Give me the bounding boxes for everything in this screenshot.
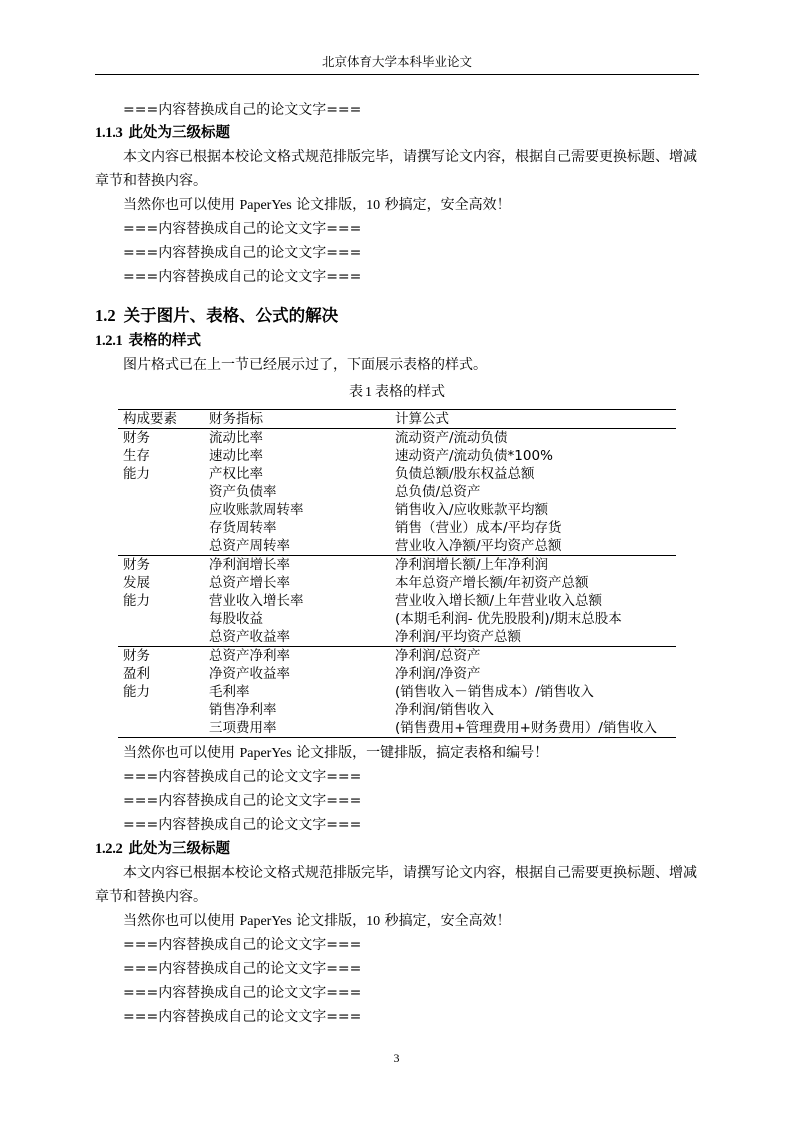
cell-indicator: 应收账款周转率 xyxy=(204,501,390,519)
placeholder-line: ===内容替换成自己的论文文字=== xyxy=(95,244,733,262)
promo-suffix: 论文排版， xyxy=(296,197,366,213)
cell-element xyxy=(118,719,204,738)
cell-element xyxy=(118,701,204,719)
cell-indicator: 净资产收益率 xyxy=(204,665,390,683)
cell-formula: 总负债/总资产 xyxy=(390,483,676,501)
cell-element: 发展 xyxy=(118,574,204,592)
cell-formula: (销售收入－销售成本）/销售收入 xyxy=(390,683,676,701)
promo-suffix: 秒搞定，安全高效！ xyxy=(385,197,511,213)
cell-element: 财务 xyxy=(118,429,204,448)
table-row: 能力产权比率负债总额/股东权益总额 xyxy=(118,465,676,483)
table-caption: 表1表格的样式 xyxy=(95,383,699,402)
cell-indicator: 总资产收益率 xyxy=(204,628,390,647)
table-row: 每股收益(本期毛利润- 优先股股利)/期末总股本 xyxy=(118,610,676,628)
cell-formula: (本期毛利润- 优先股股利)/期末总股本 xyxy=(390,610,676,628)
cell-formula: 营业收入净额/平均资产总额 xyxy=(390,537,676,556)
promo-prefix: 当然你也可以使用 xyxy=(123,745,235,761)
cell-element xyxy=(118,537,204,556)
table-row: 三项费用率(销售费用+管理费用+财务费用）/销售收入 xyxy=(118,719,676,738)
body-paragraph-line: 章节和替换内容。 xyxy=(95,888,705,906)
placeholder-line: ===内容替换成自己的论文文字=== xyxy=(95,984,733,1002)
placeholder-line: ===内容替换成自己的论文文字=== xyxy=(95,268,733,286)
table-row: 盈利净资产收益率净利润/净资产 xyxy=(118,665,676,683)
heading-1-2-2: 1.2.2此处为三级标题 xyxy=(95,840,705,858)
cell-formula: 净利润/净资产 xyxy=(390,665,676,683)
cell-indicator: 净利润增长率 xyxy=(204,556,390,575)
table-row: 能力营业收入增长率营业收入增长额/上年营业收入总额 xyxy=(118,592,676,610)
table-row: 发展总资产增长率本年总资产增长额/年初资产总额 xyxy=(118,574,676,592)
promo-line: 当然你也可以使用 PaperYes 论文排版，10 秒搞定，安全高效！ xyxy=(95,912,733,931)
promo-brand: PaperYes xyxy=(239,198,291,213)
cell-element: 能力 xyxy=(118,683,204,701)
cell-formula: 销售（营业）成本/平均存货 xyxy=(390,519,676,537)
running-header-title: 北京体育大学本科毕业论文 xyxy=(322,54,472,69)
cell-indicator: 总资产周转率 xyxy=(204,537,390,556)
table-row: 能力毛利率(销售收入－销售成本）/销售收入 xyxy=(118,683,676,701)
promo-suffix: 秒搞定，安全高效！ xyxy=(385,913,511,929)
promo-number: 10 xyxy=(366,914,380,929)
cell-element: 财务 xyxy=(118,647,204,666)
page-number: 3 xyxy=(0,1050,793,1066)
cell-element xyxy=(118,483,204,501)
heading-number: 1.2 xyxy=(95,306,116,325)
cell-element xyxy=(118,501,204,519)
cell-indicator: 存货周转率 xyxy=(204,519,390,537)
body-paragraph-line: 本文内容已根据本校论文格式规范排版完毕，请撰写论文内容，根据自己需要更换标题、增… xyxy=(95,148,733,166)
cell-element xyxy=(118,519,204,537)
heading-number: 1.2.2 xyxy=(95,841,123,857)
body-paragraph-line: 图片格式已在上一节已经展示过了，下面展示表格的样式。 xyxy=(95,356,733,374)
placeholder-line: ===内容替换成自己的论文文字=== xyxy=(95,1008,733,1026)
heading-text: 此处为三级标题 xyxy=(129,841,231,857)
placeholder-line: ===内容替换成自己的论文文字=== xyxy=(95,768,733,786)
cell-formula: (销售费用+管理费用+财务费用）/销售收入 xyxy=(390,719,676,738)
placeholder-line: ===内容替换成自己的论文文字=== xyxy=(95,816,733,834)
promo-suffix: 论文排版， xyxy=(296,913,366,929)
placeholder-line: ===内容替换成自己的论文文字=== xyxy=(95,936,733,954)
table-row: 应收账款周转率销售收入/应收账款平均额 xyxy=(118,501,676,519)
cell-formula: 流动资产/流动负债 xyxy=(390,429,676,448)
heading-1-2-1: 1.2.1表格的样式 xyxy=(95,332,705,350)
placeholder-line: ===内容替换成自己的论文文字=== xyxy=(95,960,733,978)
cell-formula: 负债总额/股东权益总额 xyxy=(390,465,676,483)
table-row: 总资产周转率营业收入净额/平均资产总额 xyxy=(118,537,676,556)
cell-formula: 营业收入增长额/上年营业收入总额 xyxy=(390,592,676,610)
cell-indicator: 每股收益 xyxy=(204,610,390,628)
cell-indicator: 产权比率 xyxy=(204,465,390,483)
promo-brand: PaperYes xyxy=(239,746,291,761)
heading-1-2: 1.2关于图片、表格、公式的解决 xyxy=(95,306,705,326)
promo-line: 当然你也可以使用 PaperYes 论文排版，一键排版，搞定表格和编号！ xyxy=(95,744,733,763)
promo-prefix: 当然你也可以使用 xyxy=(123,197,235,213)
cell-element xyxy=(118,628,204,647)
placeholder-line: ===内容替换成自己的论文文字=== xyxy=(95,220,733,238)
cell-formula: 净利润/销售收入 xyxy=(390,701,676,719)
promo-prefix: 当然你也可以使用 xyxy=(123,913,235,929)
table-row: 生存速动比率速动资产/流动负债*100% xyxy=(118,447,676,465)
heading-number: 1.1.3 xyxy=(95,125,123,141)
cell-formula: 本年总资产增长额/年初资产总额 xyxy=(390,574,676,592)
column-header: 财务指标 xyxy=(204,410,390,429)
table-row: 总资产收益率净利润/平均资产总额 xyxy=(118,628,676,647)
cell-element: 能力 xyxy=(118,465,204,483)
column-header: 计算公式 xyxy=(390,410,676,429)
cell-indicator: 速动比率 xyxy=(204,447,390,465)
placeholder-line: ===内容替换成自己的论文文字=== xyxy=(95,101,733,119)
cell-indicator: 销售净利率 xyxy=(204,701,390,719)
cell-formula: 净利润增长额/上年净利润 xyxy=(390,556,676,575)
caption-number: 1 xyxy=(365,385,372,400)
cell-indicator: 三项费用率 xyxy=(204,719,390,738)
caption-prefix: 表 xyxy=(349,384,363,400)
cell-indicator: 营业收入增长率 xyxy=(204,592,390,610)
cell-element: 财务 xyxy=(118,556,204,575)
cell-formula: 速动资产/流动负债*100% xyxy=(390,447,676,465)
cell-element: 盈利 xyxy=(118,665,204,683)
caption-title: 表格的样式 xyxy=(375,384,445,400)
cell-indicator: 资产负债率 xyxy=(204,483,390,501)
running-header: 北京体育大学本科毕业论文 xyxy=(95,52,699,75)
cell-formula: 销售收入/应收账款平均额 xyxy=(390,501,676,519)
table-row: 销售净利率净利润/销售收入 xyxy=(118,701,676,719)
financial-indicators-table: 构成要素 财务指标 计算公式 财务流动比率流动资产/流动负债 生存速动比率速动资… xyxy=(118,409,676,738)
cell-formula: 净利润/平均资产总额 xyxy=(390,628,676,647)
heading-text: 关于图片、表格、公式的解决 xyxy=(124,306,339,325)
cell-element: 生存 xyxy=(118,447,204,465)
placeholder-line: ===内容替换成自己的论文文字=== xyxy=(95,792,733,810)
table-row: 存货周转率销售（营业）成本/平均存货 xyxy=(118,519,676,537)
heading-text: 表格的样式 xyxy=(129,333,202,349)
heading-number: 1.2.1 xyxy=(95,333,123,349)
table-header-row: 构成要素 财务指标 计算公式 xyxy=(118,410,676,429)
table-row: 财务总资产净利率净利润/总资产 xyxy=(118,647,676,666)
cell-indicator: 流动比率 xyxy=(204,429,390,448)
cell-element: 能力 xyxy=(118,592,204,610)
promo-number: 10 xyxy=(366,198,380,213)
cell-element xyxy=(118,610,204,628)
body-paragraph-line: 本文内容已根据本校论文格式规范排版完毕，请撰写论文内容，根据自己需要更换标题、增… xyxy=(95,864,733,882)
heading-1-1-3: 1.1.3此处为三级标题 xyxy=(95,124,705,142)
promo-brand: PaperYes xyxy=(239,914,291,929)
cell-formula: 净利润/总资产 xyxy=(390,647,676,666)
body-paragraph-line: 章节和替换内容。 xyxy=(95,172,705,190)
heading-text: 此处为三级标题 xyxy=(129,125,231,141)
cell-indicator: 总资产净利率 xyxy=(204,647,390,666)
cell-indicator: 总资产增长率 xyxy=(204,574,390,592)
promo-suffix: 论文排版，一键排版，搞定表格和编号！ xyxy=(296,745,548,761)
table-row: 资产负债率总负债/总资产 xyxy=(118,483,676,501)
column-header: 构成要素 xyxy=(118,410,204,429)
promo-line: 当然你也可以使用 PaperYes 论文排版，10 秒搞定，安全高效！ xyxy=(95,196,733,215)
table-row: 财务净利润增长率净利润增长额/上年净利润 xyxy=(118,556,676,575)
cell-indicator: 毛利率 xyxy=(204,683,390,701)
table-row: 财务流动比率流动资产/流动负债 xyxy=(118,429,676,448)
